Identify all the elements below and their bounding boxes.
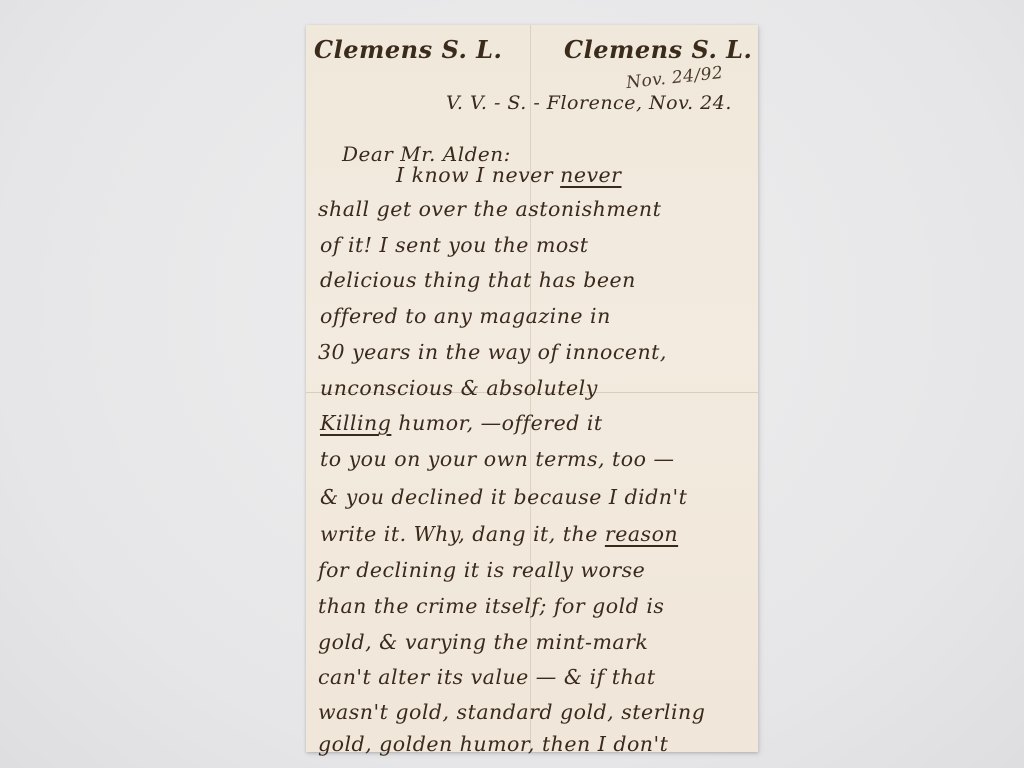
catalog-annotation-left: Clemens S. L. <box>314 35 502 64</box>
letter-line: for declining it is really worse <box>318 558 645 582</box>
letter-line: & you declined it because I didn't <box>320 485 687 509</box>
line-text: & you declined it because I didn't <box>320 485 687 509</box>
line-text: unconscious & absolutely <box>320 376 598 400</box>
letter-line: gold, & varying the mint-mark <box>318 630 648 654</box>
line-text: shall get over the astonishment <box>318 197 661 221</box>
line-text: offered to any magazine in <box>320 304 611 328</box>
catalog-date: Nov. 24/92 <box>625 63 724 93</box>
line-text: for declining it is really worse <box>318 558 645 582</box>
line-text: humor, —offered it <box>391 411 602 435</box>
underlined-word: Killing <box>320 411 391 435</box>
letter-line: 30 years in the way of innocent, <box>318 340 667 364</box>
letter-line: to you on your own terms, too — <box>320 447 674 471</box>
letter-line: can't alter its value — & if that <box>318 665 656 689</box>
letter-line: than the crime itself; for gold is <box>318 594 664 618</box>
letter-line: unconscious & absolutely <box>320 376 598 400</box>
line-text: I know I never <box>396 163 560 187</box>
line-text: delicious thing that has been <box>320 268 636 292</box>
line-text: gold, golden humor, then I don't <box>318 732 668 756</box>
letter-line: shall get over the astonishment <box>318 197 661 221</box>
line-text: gold, & varying the mint-mark <box>318 630 648 654</box>
line-text: to you on your own terms, too — <box>320 447 674 471</box>
letter-line: of it! I sent you the most <box>320 233 589 257</box>
letter-line: Killing humor, —offered it <box>320 411 603 435</box>
letter-line: I know I never never <box>396 163 621 187</box>
letter-line: delicious thing that has been <box>320 268 636 292</box>
letter-line: gold, golden humor, then I don't <box>318 732 668 756</box>
line-text: than the crime itself; for gold is <box>318 594 664 618</box>
line-text: 30 years in the way of innocent, <box>318 340 667 364</box>
letter-sheet: Clemens S. L. Clemens S. L. Nov. 24/92 V… <box>306 25 758 752</box>
line-text: of it! I sent you the most <box>320 233 589 257</box>
letter-line: write it. Why, dang it, the reason <box>320 522 678 546</box>
letter-dateline: V. V. - S. - Florence, Nov. 24. <box>446 92 732 114</box>
catalog-annotation-right: Clemens S. L. <box>564 35 752 64</box>
letter-line: offered to any magazine in <box>320 304 611 328</box>
line-text: can't alter its value — & if that <box>318 665 656 689</box>
underlined-word: reason <box>605 522 678 546</box>
line-text: write it. Why, dang it, the <box>320 522 605 546</box>
line-text: wasn't gold, standard gold, sterling <box>318 700 705 724</box>
underlined-word: never <box>560 163 621 187</box>
letter-line: wasn't gold, standard gold, sterling <box>318 700 705 724</box>
